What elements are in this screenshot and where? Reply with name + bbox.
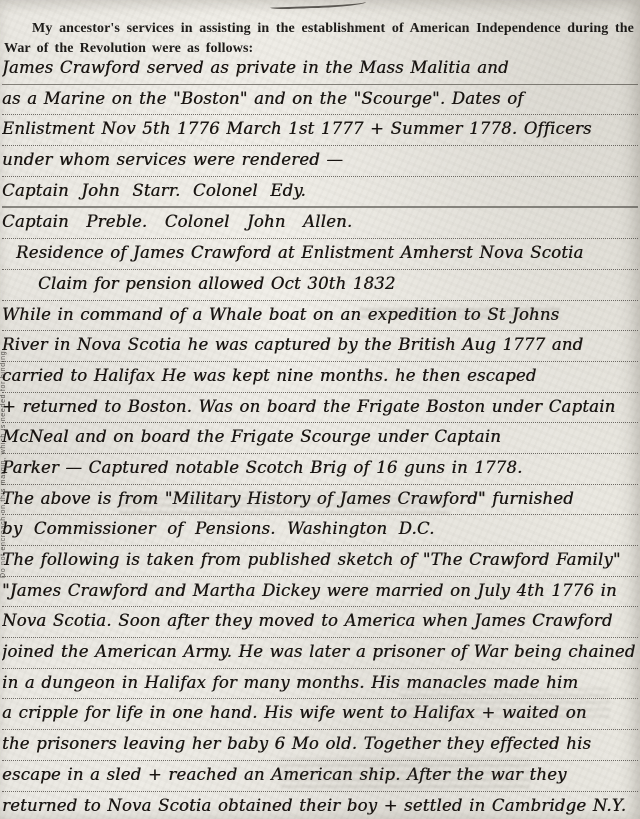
printed-form-header: My ancestor's services in assisting in t… [4, 19, 634, 59]
handwritten-line: joined the American Army. He was later a… [2, 638, 638, 669]
handwritten-line: Claim for pension allowed Oct 30th 1832 [2, 270, 638, 301]
handwritten-line: McNeal and on board the Frigate Scourge … [2, 423, 638, 454]
handwritten-text-block: James Crawford served as private in the … [2, 54, 638, 819]
handwritten-line: returned to Nova Scotia obtained their b… [2, 792, 638, 819]
handwritten-line: carried to Halifax He was kept nine mont… [2, 362, 638, 393]
handwritten-line: under whom services were rendered — [2, 146, 638, 177]
handwritten-line: Residence of James Crawford at Enlistmen… [2, 239, 638, 270]
handwritten-line: as a Marine on the "Boston" and on the "… [2, 85, 638, 116]
cutoff-handwriting-stroke [270, 0, 366, 10]
handwritten-line: Captain John Starr. Colonel Edy. [2, 177, 638, 209]
handwritten-line: by Commissioner of Pensions. Washington … [2, 515, 638, 546]
scanned-document-page: My ancestor's services in assisting in t… [0, 0, 640, 819]
handwritten-line: Captain Preble. Colonel John Allen. [2, 208, 638, 239]
handwritten-line: + returned to Boston. Was on board the F… [2, 393, 638, 424]
handwritten-line: While in command of a Whale boat on an e… [2, 301, 638, 332]
handwritten-line: James Crawford served as private in the … [2, 54, 638, 85]
handwritten-line: the prisoners leaving her baby 6 Mo old.… [2, 730, 638, 761]
handwritten-line: "James Crawford and Martha Dickey were m… [2, 577, 638, 608]
handwritten-line: Enlistment Nov 5th 1776 March 1st 1777 +… [2, 115, 638, 146]
handwritten-line: escape in a sled + reached an American s… [2, 761, 638, 792]
handwritten-line: a cripple for life in one hand. His wife… [2, 699, 638, 730]
handwritten-line: in a dungeon in Halifax for many months.… [2, 669, 638, 700]
handwritten-line: River in Nova Scotia he was captured by … [2, 331, 638, 362]
handwritten-line: The following is taken from published sk… [2, 546, 638, 577]
handwritten-line: Nova Scotia. Soon after they moved to Am… [2, 607, 638, 638]
handwritten-line: The above is from "Military History of J… [2, 485, 638, 516]
handwritten-line: Parker — Captured notable Scotch Brig of… [2, 454, 638, 485]
